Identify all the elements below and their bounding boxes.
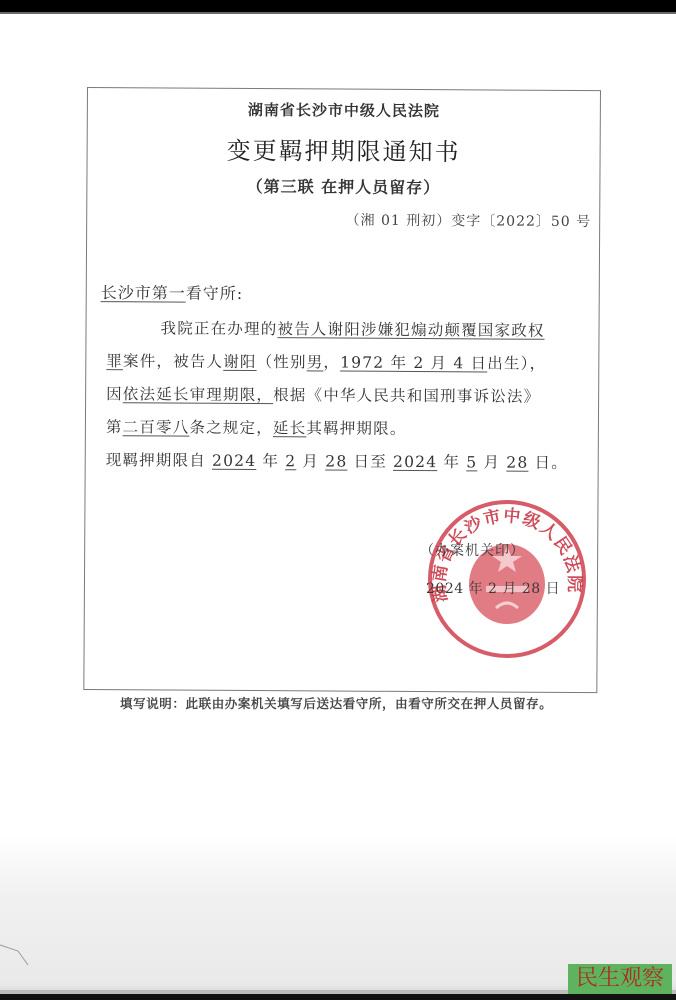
notice-body: 我院正在办理的被告人谢阳涉嫌犯煽动颠覆国家政权 罪案件，被告人谢阳（性别男，19… [100,312,591,480]
addressee-underlined: 长沙市第一 [101,283,186,303]
page-curl-mark [0,935,40,985]
top-black-bar [0,0,676,12]
month-label: 月 [296,452,325,470]
year-label: 年 [437,453,466,471]
addressee-rest: 看守所: [186,284,244,303]
document-subtitle: （第三联 在押人员留存） [87,173,599,199]
reason-prefix: 因 [106,385,123,403]
paragraph-case-cont: 罪案件，被告人谢阳（性别男，1972 年 2 月 4 日出生）， [100,345,590,381]
day-label: 日。 [528,454,568,472]
article-prefix: 第 [106,418,123,436]
from-day: 28 [325,452,347,470]
paragraph-article: 第二百零八条之规定，延长其羁押期限。 [100,411,590,447]
to-year: 2024 [393,453,437,471]
gender-prefix: （性别 [257,353,307,371]
separator: ， [323,353,340,371]
birth-suffix: 出生）， [487,354,546,372]
case-description-cont: 罪 [106,352,123,370]
case-description: 被告人谢阳涉嫌犯煽动颠覆国家政权 [277,320,544,340]
top-bar-edge [0,12,676,14]
law-reference: 根据《中华人民共和国刑事诉讼法》 [273,386,540,406]
day-label: 日至 [347,453,393,471]
document-number: （湘 01 刑初）变字〔2022〕50 号 [346,210,592,231]
seal-label: （办案机关印） [420,540,525,560]
action-suffix: 其羁押期限。 [306,419,406,438]
case-suffix: 案件，被告人 [123,352,223,371]
action: 延长 [273,419,307,437]
period-prefix: 现羁押期限自 [106,451,212,470]
addressee: 长沙市第一看守所: [101,280,244,304]
to-day: 28 [506,454,528,472]
footnote: 填写说明：此联由办案机关填写后送达看守所，由看守所交在押人员留存。 [120,694,552,712]
paragraph-case: 我院正在办理的被告人谢阳涉嫌犯煽动颠覆国家政权 [100,312,590,348]
defendant-name: 谢阳 [223,353,257,371]
month-label: 月 [477,453,506,471]
watermark-badge: 民生观察 [568,964,672,994]
from-year: 2024 [212,452,256,470]
year-label: 年 [256,452,285,470]
to-month: 5 [466,453,477,471]
bottom-black-bar [0,994,676,1000]
article-number: 二百零八 [123,418,190,436]
defendant-gender: 男 [307,353,324,371]
document-title: 变更羁押期限通知书 [88,130,600,168]
case-prefix: 我院正在办理的 [160,319,277,338]
article-suffix: 条之规定， [189,419,273,438]
from-month: 2 [285,452,296,470]
extension-reason: 依法延长审理期限， [123,385,273,404]
court-name: 湖南省长沙市中级人民法院 [88,98,600,122]
defendant-birth-date: 1972 年 2 月 4 日 [340,354,487,373]
paragraph-period: 现羁押期限自 2024 年 2 月 28 日至 2024 年 5 月 28 日。 [100,444,590,480]
seal-date: 2024 年 2 月 28 日 [426,578,560,598]
paragraph-reason: 因依法延长审理期限，根据《中华人民共和国刑事诉讼法》 [100,378,590,414]
